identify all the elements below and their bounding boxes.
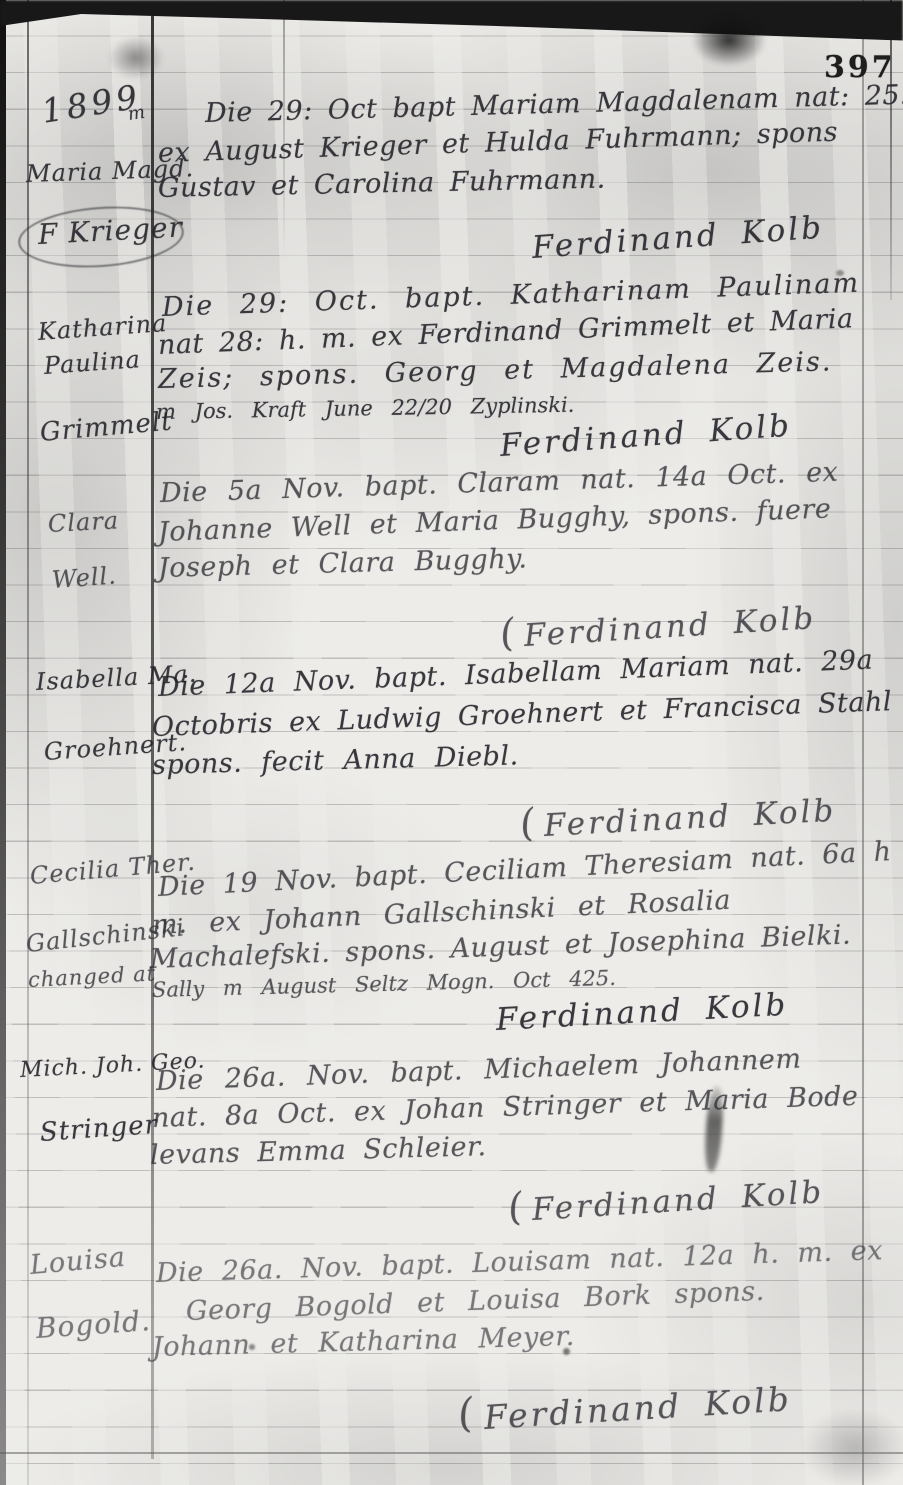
year-annotation: m (127, 102, 147, 125)
entry-line: Joseph et Clara Bugghy. (158, 543, 528, 584)
signature-flourish: ( (455, 1390, 480, 1438)
priest-signature: Ferdinand Kolb (531, 210, 825, 266)
signature-flourish: ( (517, 800, 541, 846)
signature-flourish: ( (505, 1184, 529, 1230)
margin-name: Paulina (43, 345, 142, 380)
margin-name: Stringer (39, 1110, 159, 1148)
margin-name: changed at (27, 961, 156, 992)
priest-signature: Ferdinand Kolb (495, 987, 789, 1038)
margin-name: Louisa (29, 1242, 128, 1281)
priest-signature: Ferdinand Kolb (523, 600, 817, 654)
priest-signature: Ferdinand Kolb (531, 1174, 825, 1228)
entry-line: Die 26a. Nov. bapt. Louisam nat. 12a h. … (156, 1235, 884, 1289)
margin-name: Katharina (37, 309, 168, 346)
margin-name: Well. (51, 562, 118, 594)
register-page-scan: 397 1899 m Maria Magd. F Krieger Die 29:… (0, 0, 903, 1485)
priest-signature: Ferdinand Kolb (543, 793, 837, 844)
margin-name: Bogold. (35, 1304, 152, 1345)
entry-line: Johann et Katharina Meyer. (152, 1321, 576, 1363)
entry-line: Gustav et Carolina Fuhrmann. (158, 164, 606, 204)
margin-name: Grimmelt (39, 406, 174, 447)
entry-line: m Jos. Kraft June 22/20 Zyplinski. (156, 393, 575, 424)
signature-flourish: ( (497, 610, 521, 656)
entry-line: spons. fecit Anna Diebl. (152, 740, 519, 781)
priest-signature: Ferdinand Kolb (483, 1379, 793, 1437)
margin-name: Clara (47, 506, 120, 538)
handwriting-layer: 1899 m Maria Magd. F Krieger Die 29: Oct… (0, 0, 903, 1485)
entry-line: levans Emma Schleier. (150, 1131, 487, 1171)
